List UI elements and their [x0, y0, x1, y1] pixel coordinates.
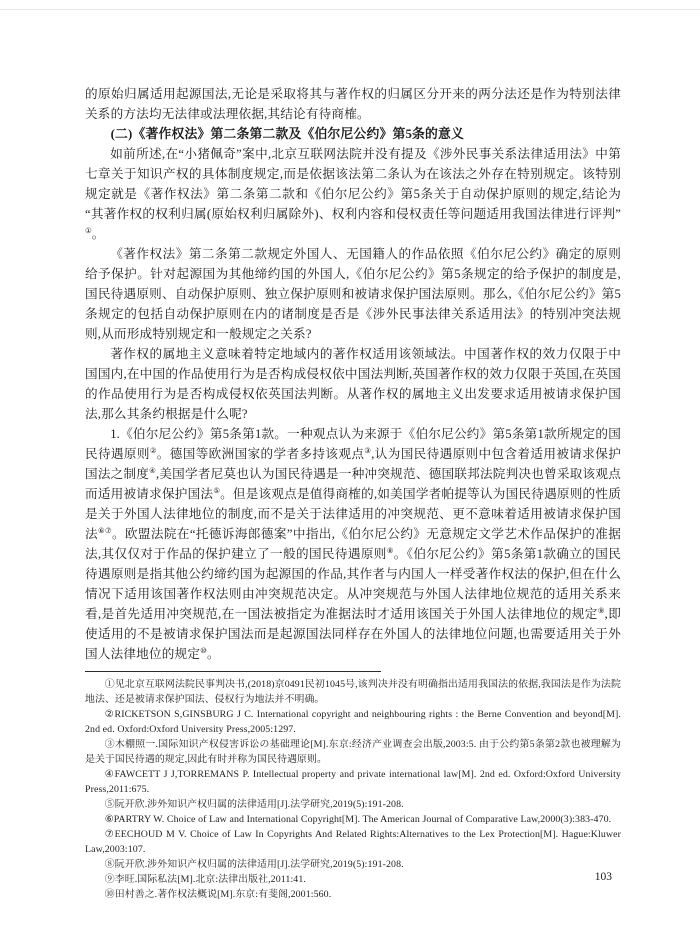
footnote-item: ⑧阮开欣.涉外知识产权归属的法律适用[J].法学研究,2019(5):191-2… [85, 857, 621, 872]
body-paragraph: 的原始归属适用起源国法,无论是采取将其与著作权的归属区分开来的两分法还是作为特别… [85, 84, 621, 124]
footnote-separator [85, 671, 381, 672]
footnote-item: ⑩田村善之.著作权法概说[M].东京:有斐阁,2001:560. [85, 887, 621, 902]
footnote-ref: ③ [364, 446, 371, 455]
page-edge-line [0, 9, 700, 10]
footnote-ref: ④ [149, 466, 156, 475]
footnote-ref: ⑥⑦ [98, 526, 112, 535]
body-paragraph: 1.《伯尔尼公约》第5条第1款。一种观点认为来源于《伯尔尼公约》第5条第1款所规… [85, 424, 621, 664]
footnote-ref: ⑤ [213, 486, 220, 495]
footnote-ref: ⑩ [200, 646, 207, 655]
footnote-ref: ⑧ [387, 546, 394, 555]
section-heading: (二)《著作权法》第二条第二款及《伯尔尼公约》第5条的意义 [85, 124, 621, 144]
footnote-item: ⑥PARTRY W. Choice of Law and Internation… [85, 812, 621, 827]
page-content: 的原始归属适用起源国法,无论是采取将其与著作权的归属区分开来的两分法还是作为特别… [85, 84, 621, 902]
footnote-item: ⑨李旺.国际私法[M].北京:法律出版社,2011:41. [85, 872, 621, 887]
body-paragraph: 如前所述,在“小猪佩奇”案中,北京互联网法院并没有提及《涉外民事关系法律适用法》… [85, 144, 621, 244]
footnote-item: ⑦EECHOUD M V. Choice of Law In Copyright… [85, 827, 621, 857]
article-body: 的原始归属适用起源国法,无论是采取将其与著作权的归属区分开来的两分法还是作为特别… [85, 84, 621, 664]
footnote-ref: ② [150, 446, 157, 455]
footnote-item: ⑤阮开欣.涉外知识产权归属的法律适用[J].法学研究,2019(5):191-2… [85, 797, 621, 812]
footnote-item: ①见北京互联网法院民事判决书,(2018)京0491民初1045号,该判决并没有… [85, 677, 621, 707]
footnote-item: ③木棚照一.国际知识产权侵害诉讼の基础理论[M].东京:经济产业调查会出版,20… [85, 737, 621, 767]
footnote-ref: ⑨ [598, 606, 605, 615]
document-page: 的原始归属适用起源国法,无论是采取将其与著作权的归属区分开来的两分法还是作为特别… [0, 0, 700, 943]
footnote-ref: ① [85, 226, 92, 235]
page-number: 103 [595, 871, 612, 883]
footnote-item: ④FAWCETT J J,TORREMANS P. Intellectual p… [85, 767, 621, 797]
footnotes-list: ①见北京互联网法院民事判决书,(2018)京0491民初1045号,该判决并没有… [85, 677, 621, 902]
body-paragraph: 著作权的属地主义意味着特定地域内的著作权适用该领域法。中国著作权的效力仅限于中国… [85, 344, 621, 424]
body-paragraph: 《著作权法》第二条第二款规定外国人、无国籍人的作品依照《伯尔尼公约》确定的原则给… [85, 244, 621, 344]
footnote-item: ②RICKETSON S,GINSBURG J C. International… [85, 707, 621, 737]
